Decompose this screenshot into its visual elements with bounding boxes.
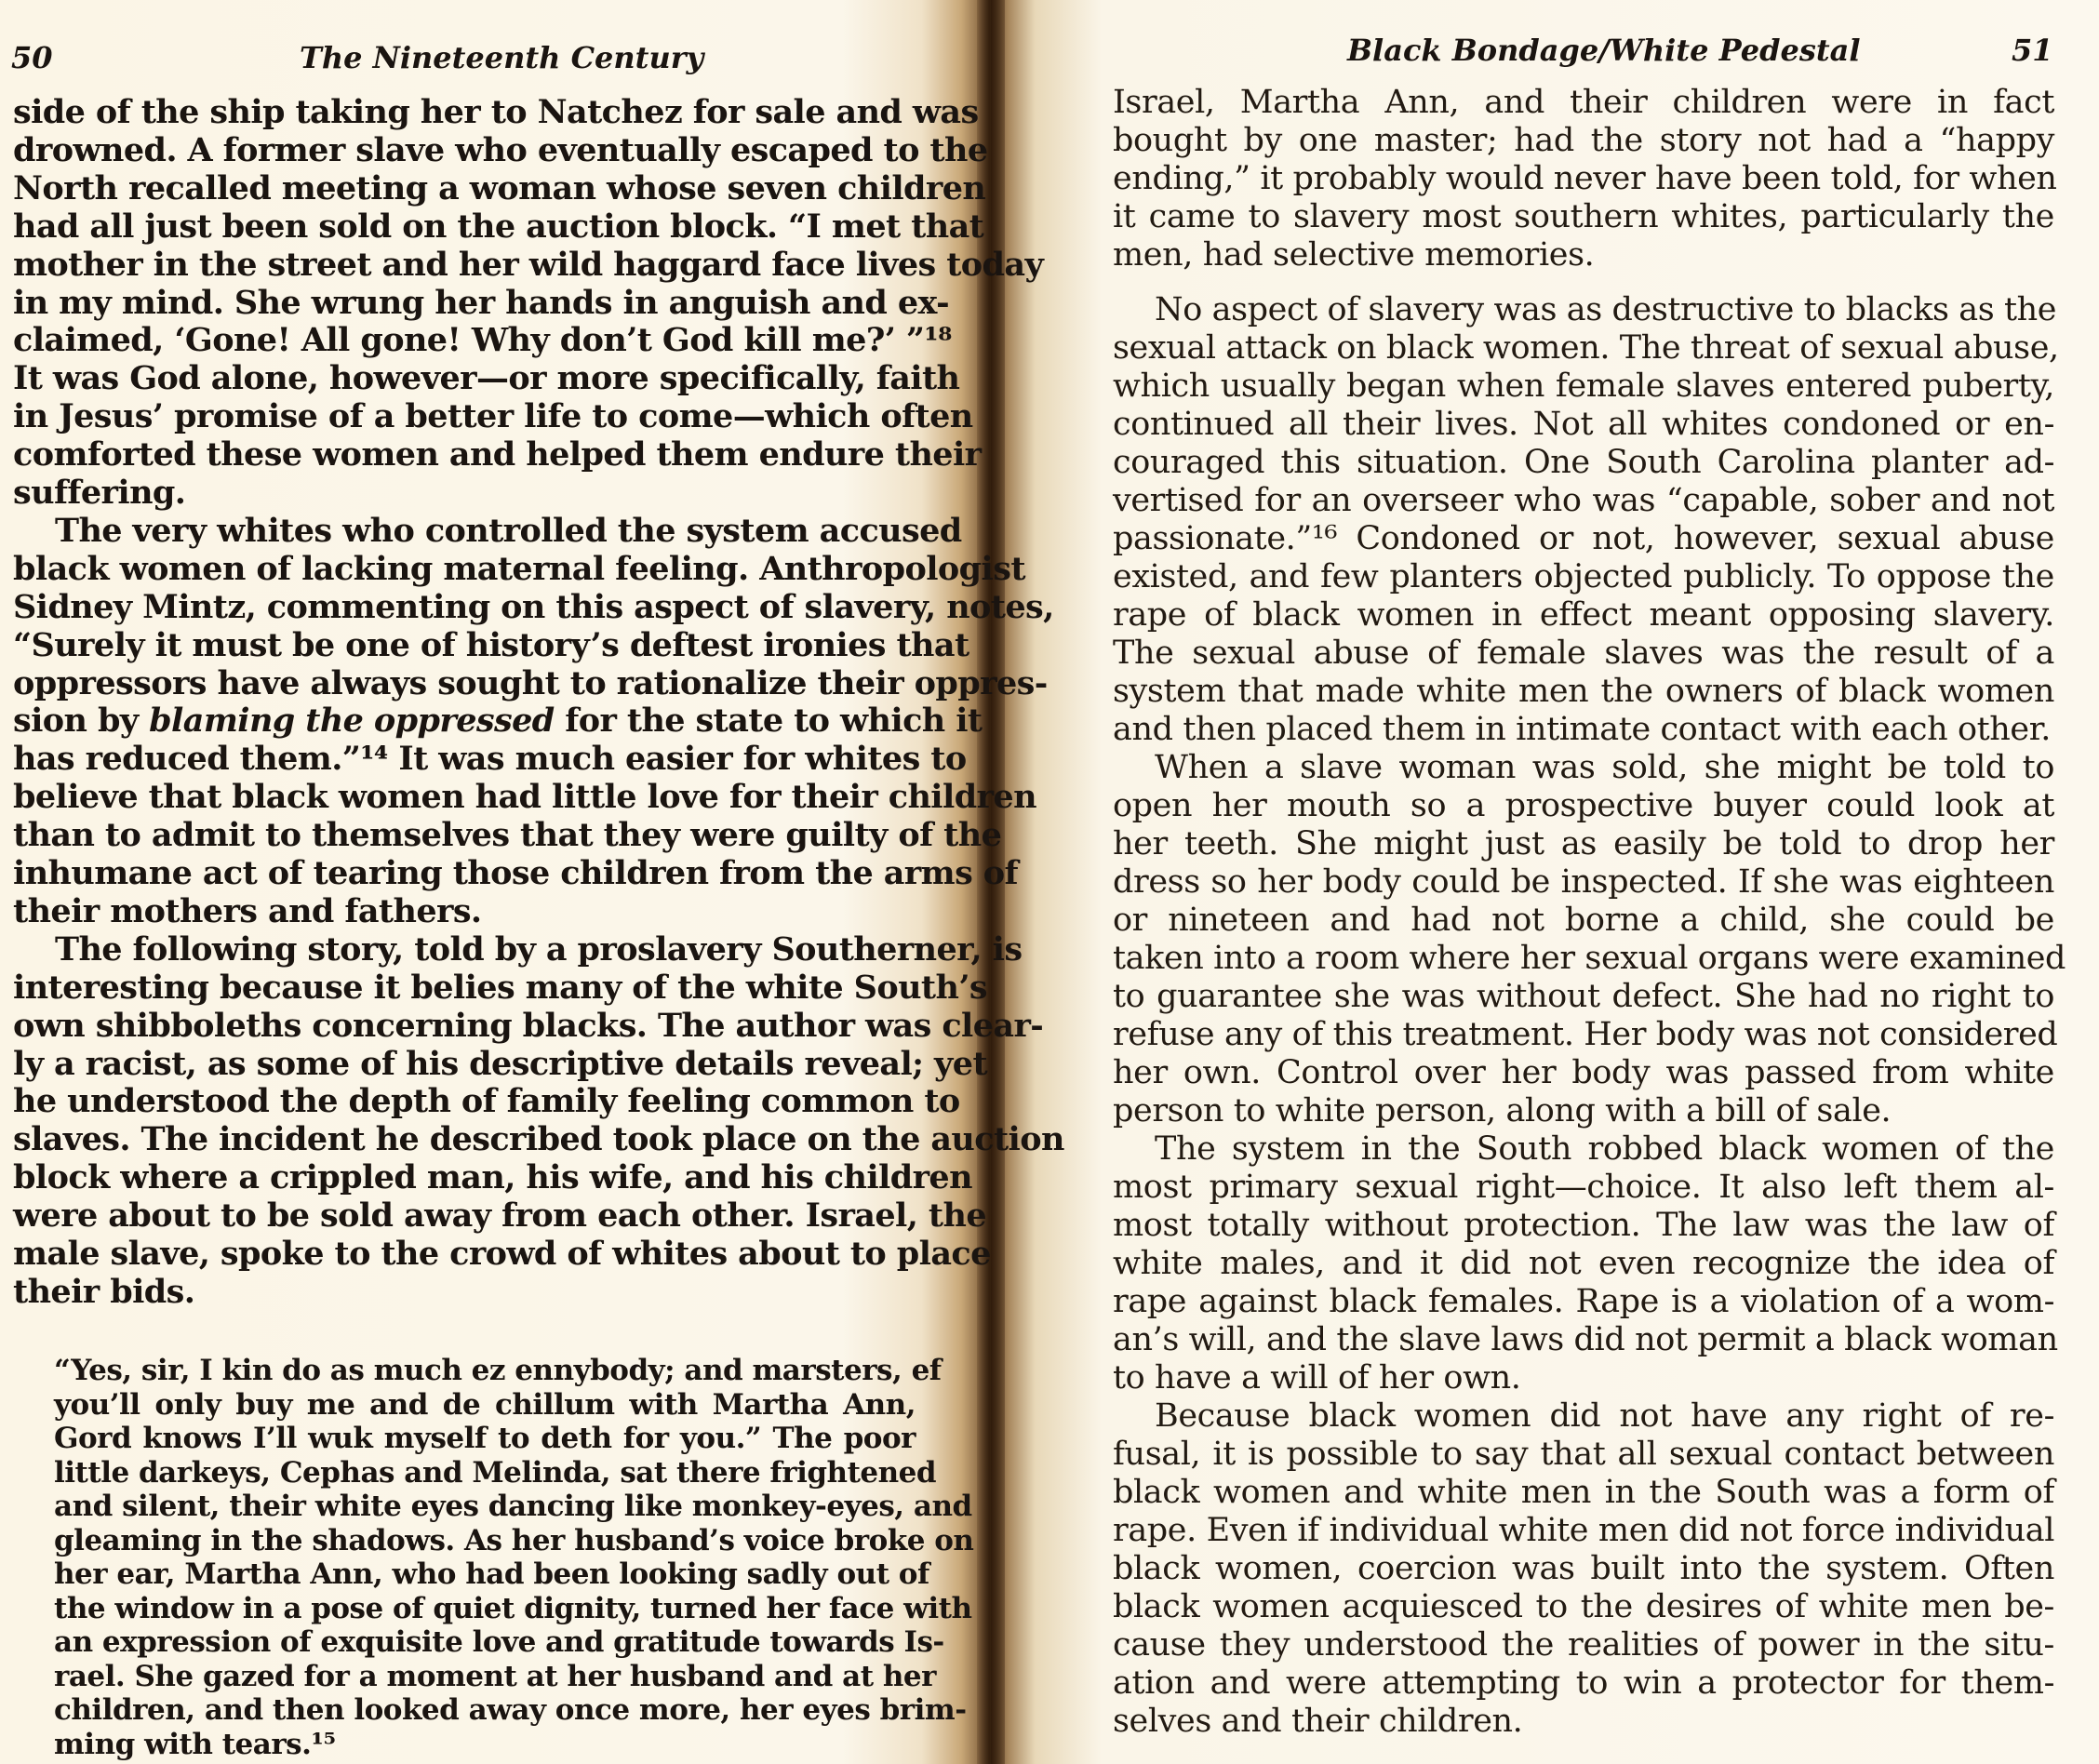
body-line: ending,” it probably would never have be… <box>1113 160 2054 197</box>
quote-line: rael. She gazed for a moment at her husb… <box>54 1658 916 1695</box>
body-line: bought by one master; had the story not … <box>1113 122 2054 159</box>
body-line: in my mind. She wrung her hands in angui… <box>13 285 945 322</box>
body-line: interesting because it belies many of th… <box>13 969 945 1007</box>
body-line: claimed, ‘Gone! All gone! Why don’t God … <box>13 322 945 359</box>
body-line: their mothers and fathers. <box>13 893 945 930</box>
body-line: block where a crippled man, his wife, an… <box>13 1159 945 1196</box>
body-line: to have a will of her own. <box>1113 1359 2054 1396</box>
quote-line: you’ll only buy me and de chillum with M… <box>54 1386 916 1423</box>
body-line: dress so her body could be inspected. If… <box>1113 863 2054 901</box>
body-line: side of the ship taking her to Natchez f… <box>13 94 945 131</box>
body-line: sion by blaming the oppressed for the st… <box>13 702 945 740</box>
page-number-left: 50 <box>11 39 53 76</box>
body-line: fusal, it is possible to say that all se… <box>1113 1436 2054 1473</box>
body-line: mother in the street and her wild haggar… <box>13 247 945 284</box>
body-line: most totally without protection. The law… <box>1113 1207 2054 1244</box>
body-line: person to white person, along with a bil… <box>1113 1092 2054 1129</box>
body-line: believe that black women had little love… <box>13 779 945 816</box>
body-line: ly a racist, as some of his descriptive … <box>13 1046 945 1083</box>
body-line: in Jesus’ promise of a better life to co… <box>13 398 945 435</box>
body-line: open her mouth so a prospective buyer co… <box>1113 787 2054 824</box>
body-line: rape against black females. Rape is a vi… <box>1113 1283 2054 1320</box>
body-line: which usually began when female slaves e… <box>1113 367 2054 405</box>
running-head-left: The Nineteenth Century <box>300 39 703 76</box>
body-line: black women acquiesced to the desires of… <box>1113 1588 2054 1625</box>
body-line: It was God alone, however—or more specif… <box>13 360 945 397</box>
body-line: comforted these women and helped them en… <box>13 436 945 474</box>
body-line: selves and their children. <box>1113 1703 2054 1740</box>
body-line: The following story, told by a proslaver… <box>55 931 945 969</box>
body-line: No aspect of slavery was as destructive … <box>1155 291 2054 328</box>
page-number-right: 51 <box>2012 32 2053 69</box>
body-line: cause they understood the realities of p… <box>1113 1626 2054 1664</box>
quote-line: Gord knows I’ll wuk myself to deth for y… <box>54 1420 916 1457</box>
body-line: most primary sexual right—choice. It als… <box>1113 1169 2054 1206</box>
quote-line: gleaming in the shadows. As her husband’… <box>54 1522 916 1559</box>
body-line: Because black women did not have any rig… <box>1155 1397 2054 1435</box>
running-head-right: Black Bondage/White Pedestal <box>1347 32 1861 69</box>
body-line: suffering. <box>13 474 945 512</box>
quote-line: “Yes, sir, I kin do as much ez ennybody;… <box>54 1352 916 1389</box>
quote-line: the window in a pose of quiet dignity, t… <box>54 1590 916 1627</box>
body-line: he understood the depth of family feelin… <box>13 1083 945 1120</box>
quote-line: little darkeys, Cephas and Melinda, sat … <box>54 1454 916 1491</box>
body-line: to guarantee she was without defect. She… <box>1113 978 2054 1015</box>
body-line: or nineteen and had not borne a child, s… <box>1113 902 2054 939</box>
body-line: When a slave woman was sold, she might b… <box>1155 749 2054 786</box>
body-line: “Surely it must be one of history’s deft… <box>13 627 945 664</box>
body-line: inhumane act of tearing those children f… <box>13 855 945 892</box>
italic-emphasis: blaming the oppressed <box>149 702 555 740</box>
body-line: vertised for an overseer who was “capabl… <box>1113 482 2054 519</box>
body-line: their bids. <box>13 1274 945 1311</box>
body-line: system that made white men the owners of… <box>1113 673 2054 710</box>
body-line: has reduced them.”¹⁴ It was much easier … <box>13 741 945 778</box>
body-line: North recalled meeting a woman whose sev… <box>13 170 945 207</box>
body-line: rape. Even if individual white men did n… <box>1113 1512 2054 1549</box>
body-line: and then placed them in intimate contact… <box>1113 711 2054 748</box>
body-line: ation and were attempting to win a prote… <box>1113 1664 2054 1702</box>
body-line: black women and white men in the South w… <box>1113 1474 2054 1511</box>
body-line: drowned. A former slave who eventually e… <box>13 132 945 169</box>
body-line: her teeth. She might just as easily be t… <box>1113 825 2054 862</box>
body-line: The very whites who controlled the syste… <box>55 513 945 550</box>
body-line: oppressors have always sought to rationa… <box>13 665 945 702</box>
body-line: black women of lacking maternal feeling.… <box>13 551 945 588</box>
body-line: were about to be sold away from each oth… <box>13 1197 945 1235</box>
body-line: than to admit to themselves that they we… <box>13 817 945 854</box>
body-line: The system in the South robbed black wom… <box>1155 1130 2054 1168</box>
body-line: slaves. The incident he described took p… <box>13 1121 945 1158</box>
body-line: had all just been sold on the auction bl… <box>13 208 945 246</box>
quote-line: ming with tears.¹⁵ <box>54 1726 916 1763</box>
body-line: an’s will, and the slave laws did not pe… <box>1113 1321 2054 1358</box>
body-line: Sidney Mintz, commenting on this aspect … <box>13 589 945 626</box>
body-line: The sexual abuse of female slaves was th… <box>1113 635 2054 672</box>
body-line: refuse any of this treatment. Her body w… <box>1113 1016 2054 1053</box>
body-line: Israel, Martha Ann, and their children w… <box>1113 84 2054 121</box>
body-line: couraged this situation. One South Carol… <box>1113 444 2054 481</box>
body-line: white males, and it did not even recogni… <box>1113 1245 2054 1282</box>
body-line: passionate.”¹⁶ Condoned or not, however,… <box>1113 520 2054 557</box>
quote-line: children, and then looked away once more… <box>54 1691 916 1729</box>
body-line: male slave, spoke to the crowd of whites… <box>13 1236 945 1273</box>
body-line: black women, coercion was built into the… <box>1113 1550 2054 1587</box>
body-line: taken into a room where her sexual organ… <box>1113 940 2054 977</box>
body-line: men, had selective memories. <box>1113 236 2054 274</box>
body-line: existed, and few planters objected publi… <box>1113 558 2054 595</box>
body-line: it came to slavery most southern whites,… <box>1113 198 2054 235</box>
body-line: rape of black women in effect meant oppo… <box>1113 596 2054 634</box>
quote-line: and silent, their white eyes dancing lik… <box>54 1488 916 1525</box>
quote-line: her ear, Martha Ann, who had been lookin… <box>54 1556 916 1593</box>
quote-line: an expression of exquisite love and grat… <box>54 1624 916 1661</box>
body-line: sexual attack on black women. The threat… <box>1113 329 2054 367</box>
body-line: continued all their lives. Not all white… <box>1113 406 2054 443</box>
body-line: her own. Control over her body was passe… <box>1113 1054 2054 1091</box>
body-line: own shibboleths concerning blacks. The a… <box>13 1008 945 1045</box>
